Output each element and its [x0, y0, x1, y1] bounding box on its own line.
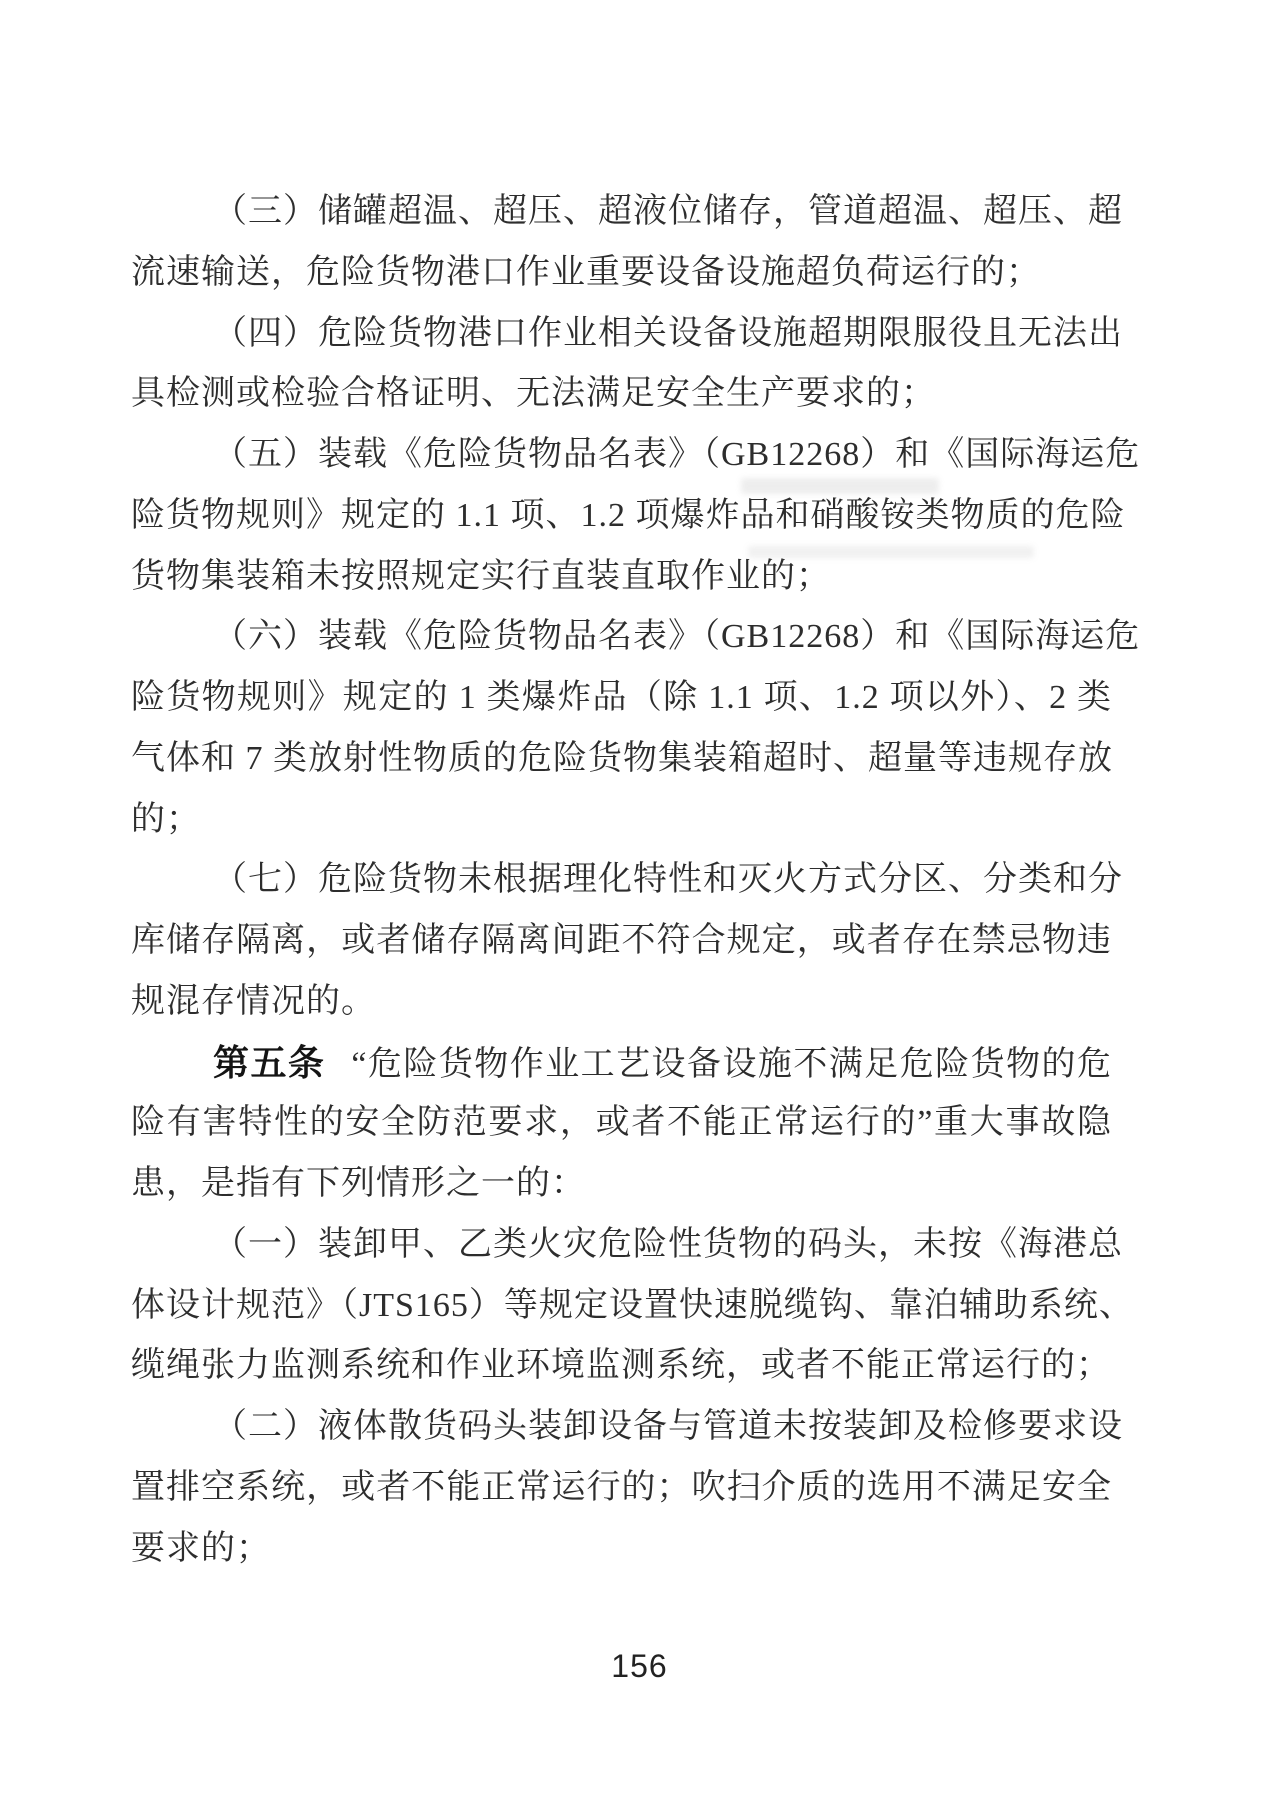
text-line: （六）装载《危险货物品名表》（GB12268）和《国际海运危: [131, 607, 1112, 668]
paragraph-item-7: （七）危险货物未根据理化特性和灭火方式分区、分类和分 库储存隔离，或者储存隔离间…: [131, 850, 1112, 1032]
article-number-label: 第五条: [213, 1042, 325, 1083]
paragraph-article5-item-2: （二）液体散货码头装卸设备与管道未按装卸及检修要求设 置排空系统，或者不能正常运…: [131, 1397, 1112, 1579]
paragraph-item-5: （五）装载《危险货物品名表》（GB12268）和《国际海运危 险货物规则》规定的…: [131, 425, 1112, 607]
scan-artifact: [748, 546, 1034, 558]
paragraph-item-3: （三）储罐超温、超压、超液位储存，管道超温、超压、超 流速输送，危险货物港口作业…: [131, 182, 1112, 304]
paragraph-item-4: （四）危险货物港口作业相关设备设施超期限服役且无法出 具检测或检验合格证明、无法…: [131, 304, 1112, 426]
text-line: （五）装载《危险货物品名表》（GB12268）和《国际海运危: [131, 425, 1112, 486]
text-line: 体设计规范》（JTS165）等规定设置快速脱缆钩、靠泊辅助系统、: [131, 1276, 1112, 1337]
text-line: 具检测或检验合格证明、无法满足安全生产要求的；: [131, 364, 1112, 425]
text-line: （四）危险货物港口作业相关设备设施超期限服役且无法出: [131, 304, 1112, 365]
text-line: （七）危险货物未根据理化特性和灭火方式分区、分类和分: [131, 850, 1112, 911]
text-line: 险货物规则》规定的 1 类爆炸品（除 1.1 项、1.2 项以外）、2 类: [131, 668, 1112, 729]
paragraph-article-5: 第五条“危险货物作业工艺设备设施不满足危险货物的危 险有害特性的安全防范要求，或…: [131, 1033, 1112, 1215]
text-line: 缆绳张力监测系统和作业环境监测系统，或者不能正常运行的；: [131, 1336, 1112, 1397]
scan-artifact: [741, 478, 939, 494]
text-line: 库储存隔离，或者储存隔离间距不符合规定，或者存在禁忌物违: [131, 911, 1112, 972]
text-line: 气体和 7 类放射性物质的危险货物集装箱超时、超量等违规存放: [131, 729, 1112, 790]
text-line: 险货物规则》规定的 1.1 项、1.2 项爆炸品和硝酸铵类物质的危险: [131, 486, 1112, 547]
text-line: 规混存情况的。: [131, 972, 1112, 1033]
text-line: （二）液体散货码头装卸设备与管道未按装卸及检修要求设: [131, 1397, 1112, 1458]
document-body: （三）储罐超温、超压、超液位储存，管道超温、超压、超 流速输送，危险货物港口作业…: [131, 182, 1112, 1579]
text-line: 的；: [131, 790, 1112, 851]
text-line: 险有害特性的安全防范要求，或者不能正常运行的”重大事故隐: [131, 1093, 1112, 1154]
text-line: 置排空系统，或者不能正常运行的；吹扫介质的选用不满足安全: [131, 1458, 1112, 1519]
page-number: 156: [0, 1648, 1279, 1685]
text-line: （三）储罐超温、超压、超液位储存，管道超温、超压、超: [131, 182, 1112, 243]
text-line: （一）装卸甲、乙类火灾危险性货物的码头，未按《海港总: [131, 1215, 1112, 1276]
text-line: 第五条“危险货物作业工艺设备设施不满足危险货物的危: [131, 1033, 1112, 1094]
document-page: （三）储罐超温、超压、超液位储存，管道超温、超压、超 流速输送，危险货物港口作业…: [0, 0, 1279, 1810]
paragraph-article5-item-1: （一）装卸甲、乙类火灾危险性货物的码头，未按《海港总 体设计规范》（JTS165…: [131, 1215, 1112, 1397]
text-line: 流速输送，危险货物港口作业重要设备设施超负荷运行的；: [131, 243, 1112, 304]
text-line: 要求的；: [131, 1519, 1112, 1580]
article-text: “危险货物作业工艺设备设施不满足危险货物的危: [351, 1046, 1112, 1083]
paragraph-item-6: （六）装载《危险货物品名表》（GB12268）和《国际海运危 险货物规则》规定的…: [131, 607, 1112, 850]
text-line: 患，是指有下列情形之一的：: [131, 1154, 1112, 1215]
